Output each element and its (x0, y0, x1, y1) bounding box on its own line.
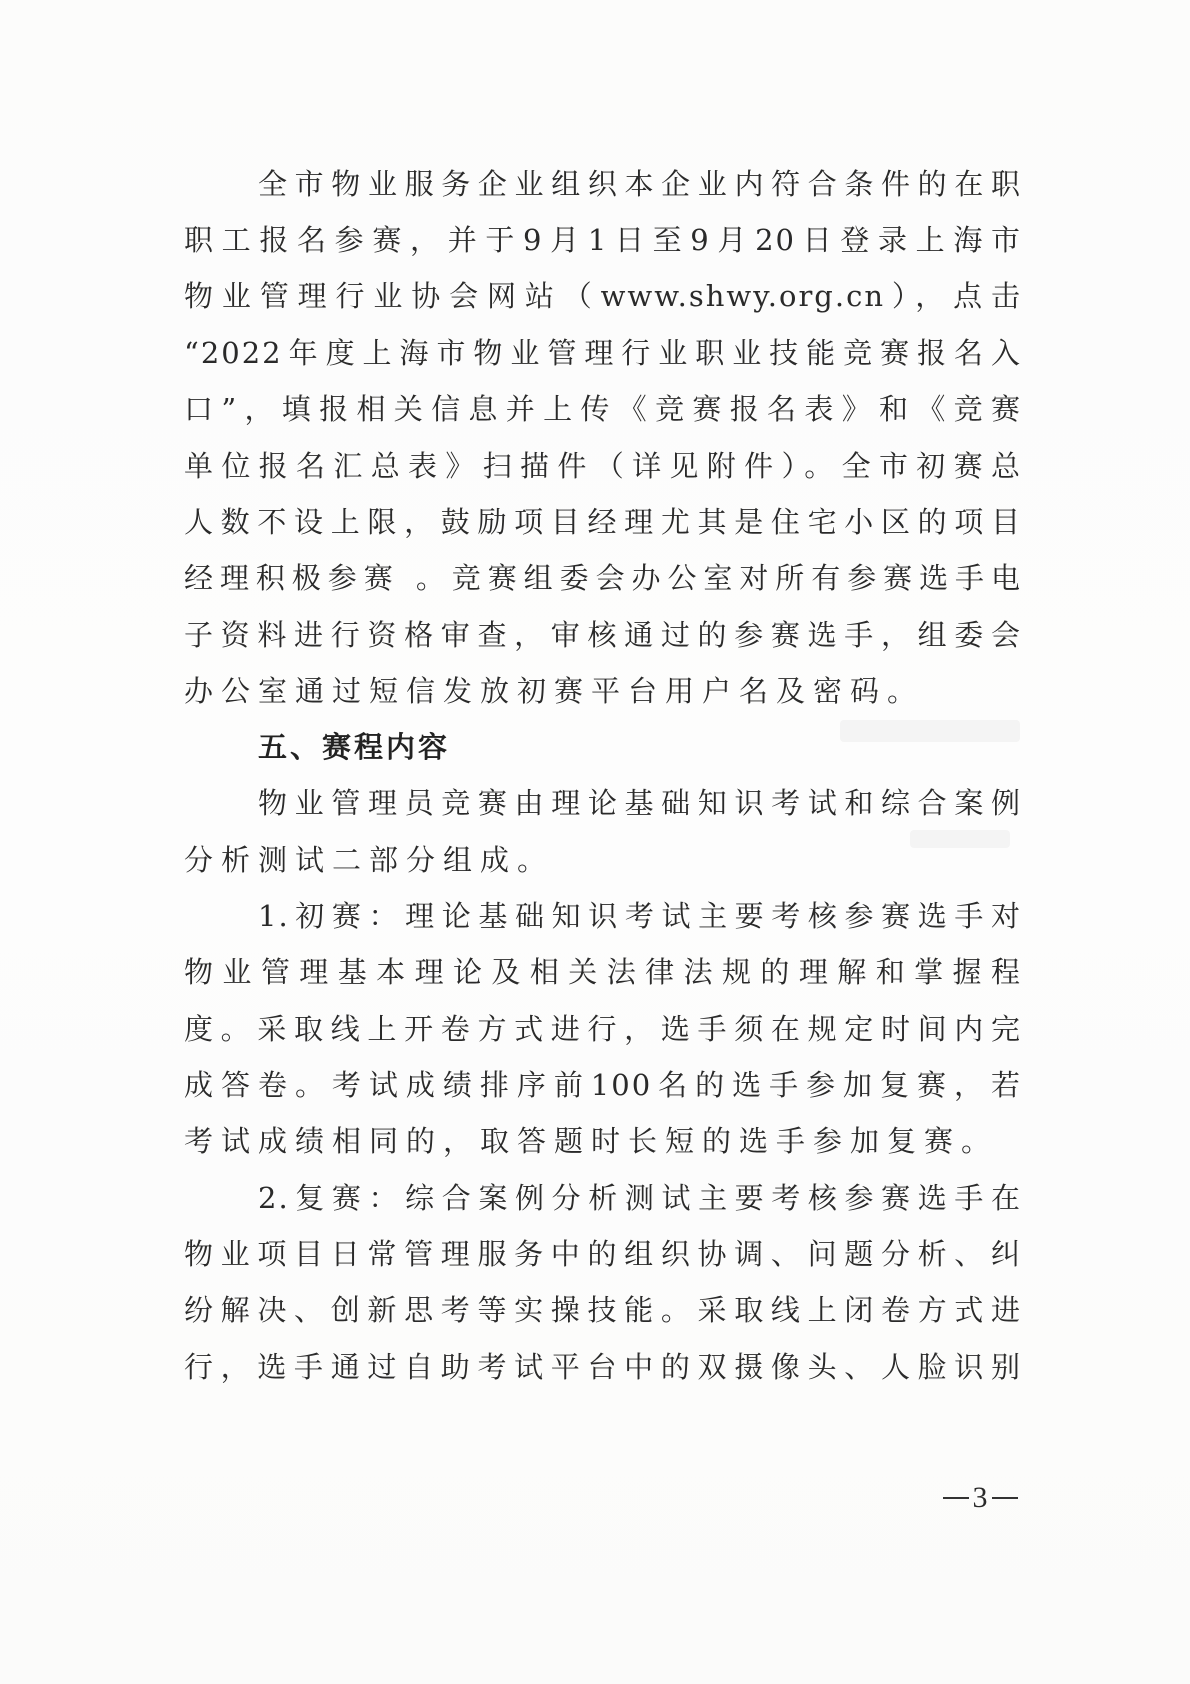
paragraph-line: 办公室通过短信发放初赛平台用户名及密码。 (184, 671, 1022, 711)
paragraph-line: 全市物业服务企业组织本企业内符合条件的在职 (258, 164, 1022, 204)
paragraph-line: 子资料进行资格审查，审核通过的参赛选手，组委会 (184, 615, 1022, 655)
dash-right (992, 1497, 1018, 1499)
paragraph-line: 1.初赛：理论基础知识考试主要考核参赛选手对 (258, 896, 1022, 936)
page-number: 3 (930, 1478, 1030, 1518)
document-page: 全市物业服务企业组织本企业内符合条件的在职 职工报名参赛，并于9月1日至9月20… (0, 0, 1190, 1684)
paragraph-line: 职工报名参赛，并于9月1日至9月20日登录上海市 (184, 220, 1022, 260)
paragraph-line: 单位报名汇总表》扫描件（详见附件）。全市初赛总 (184, 446, 1022, 486)
paragraph-line: 物业管理基本理论及相关法律法规的理解和掌握程 (184, 952, 1022, 992)
paragraph-line: 纷解决、创新思考等实操技能。采取线上闭卷方式进 (184, 1290, 1022, 1330)
paragraph-line: 分析测试二部分组成。 (184, 840, 1022, 880)
section-heading: 五、赛程内容 (258, 727, 1022, 767)
paragraph-line: 口”，填报相关信息并上传《竞赛报名表》和《竞赛 (184, 389, 1022, 429)
paragraph-line: 度。采取线上开卷方式进行，选手须在规定时间内完 (184, 1009, 1022, 1049)
paragraph-line: 成答卷。考试成绩排序前100名的选手参加复赛，若 (184, 1065, 1022, 1105)
paragraph-line: 人数不设上限，鼓励项目经理尤其是住宅小区的项目 (184, 502, 1022, 542)
dash-left (943, 1497, 969, 1499)
paragraph-line: 物业管理员竞赛由理论基础知识考试和综合案例 (258, 783, 1022, 823)
paragraph-line: 物业管理行业协会网站（www.shwy.org.cn），点击 (184, 276, 1022, 316)
paragraph-line: 行，选手通过自助考试平台中的双摄像头、人脸识别 (184, 1347, 1022, 1387)
paragraph-line: 2.复赛：综合案例分析测试主要考核参赛选手在 (258, 1178, 1022, 1218)
paragraph-line: 经理积极参赛 。竞赛组委会办公室对所有参赛选手电 (184, 558, 1022, 598)
paragraph-line: 物业项目日常管理服务中的组织协调、问题分析、纠 (184, 1234, 1022, 1274)
paragraph-line: “2022年度上海市物业管理行业职业技能竞赛报名入 (184, 333, 1022, 373)
paragraph-line: 考试成绩相同的，取答题时长短的选手参加复赛。 (184, 1121, 1022, 1161)
page-number-value: 3 (973, 1481, 988, 1515)
